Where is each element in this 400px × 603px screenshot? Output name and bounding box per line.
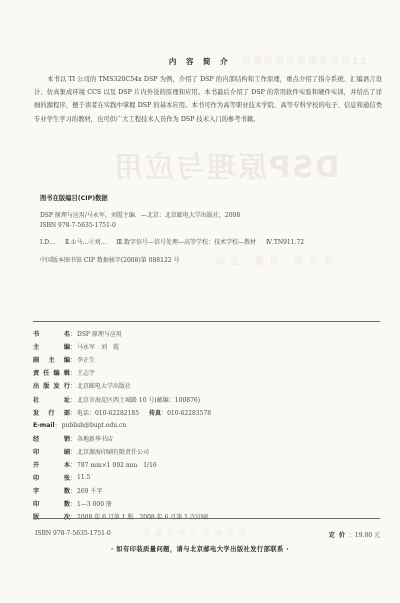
colophon-colon: ： (70, 460, 76, 469)
colophon-value-text: 787 mm×1 092 mm 1/16 (77, 462, 157, 469)
colophon-label-char: 字 (33, 486, 39, 495)
colophon-label: 发行部 (33, 408, 70, 417)
summary-heading: 内 容 简 介 (0, 56, 400, 67)
colophon-label-char: 印 (33, 473, 39, 482)
colophon-row: 字数：269 千字 (33, 484, 383, 497)
colophon-row: 开本：787 mm×1 092 mm 1/16 (33, 458, 383, 471)
colophon-label: 责任编辑 (33, 368, 70, 377)
colophon: 书名：DSP 原理与应用主编：马永军 刘 霞副主编：李正生责任编辑：王志宇出版发… (33, 327, 383, 523)
colophon-value: 王志宇 (77, 368, 95, 377)
colophon-value-text: 北京源海印刷有限责任公司 (77, 449, 149, 456)
colophon-label-char: 编 (54, 368, 60, 377)
colophon-colon: ： (70, 395, 76, 404)
colophon-row: 印张：11.5 (33, 471, 383, 484)
cip-isbn: ISBN 978-7-5635-1751-0 (40, 222, 116, 229)
colophon-value-text: publish@bupt.edu.cn (62, 422, 127, 429)
colophon-label: 主编 (33, 342, 70, 351)
fax-label: 传真 (149, 410, 161, 417)
colophon-value: publish@bupt.edu.cn (62, 422, 127, 429)
colophon-label-char: 副 (33, 355, 39, 364)
bleed-through-publisher: 北京邮电大学出版社 (138, 528, 246, 538)
colophon-label: 副主编 (33, 355, 70, 364)
colophon-colon: ： (70, 329, 76, 338)
colophon-label: 出版发行 (33, 381, 70, 390)
colophon-label: 经销 (33, 434, 70, 443)
colophon-label-char: 发 (33, 408, 39, 417)
colophon-row: 责任编辑：王志宇 (33, 366, 383, 379)
colophon-label-char: 经 (33, 434, 39, 443)
colophon-colon: ： (70, 368, 76, 377)
colophon-label-char: 印 (33, 447, 39, 456)
colophon-label: 字数 (33, 486, 70, 495)
colophon-row: 出版发行：北京邮电大学出版社 (33, 379, 383, 392)
colophon-colon: ： (70, 473, 76, 482)
quality-notice: · 如有印装质量问题，请与北京邮电大学出版社发行部联系 · (0, 544, 400, 553)
colophon-colon: ： (70, 447, 76, 456)
fax: 传真：010-62283578 (149, 408, 211, 417)
summary-body: 本书以 TI 公司的 TMS320C54x DSP 为例，介绍了 DSP 的内部… (34, 76, 382, 123)
price-value: ：19.00 元 (349, 532, 380, 539)
colophon-value: 李正生 (77, 355, 95, 364)
colophon-label-char: 书 (33, 329, 39, 338)
colophon-label-char: 发 (54, 381, 60, 390)
colophon-value: 电话：010-62282185传真：010-62283578 (77, 408, 211, 417)
colophon-value: 马永军 刘 霞 (77, 342, 119, 351)
colophon-label-char: 社 (33, 395, 39, 404)
colophon-row: 印数：1—3 000 册 (33, 497, 383, 510)
colophon-value: 1—3 000 册 (77, 499, 112, 508)
copyright-page: 21世纪高职高专规划教材 DSP原理与应用 马永军 刘霞 主编 北京邮电大学出版… (0, 0, 400, 603)
colophon-row: 版次：2008 年 6 月第 1 版 2008 年 6 月第 1 次印刷 (33, 510, 383, 523)
divider-bottom (33, 518, 380, 519)
colophon-label: 书名 (33, 329, 70, 338)
colophon-label-char: 版 (43, 381, 49, 390)
colophon-colon: ： (70, 355, 76, 364)
colophon-value-text: 马永军 刘 霞 (77, 344, 119, 351)
colophon-row: 社址：北京市海淀区西土城路 10 号(邮编：100876) (33, 392, 383, 405)
colophon-value: 269 千字 (77, 486, 102, 495)
colophon-label: 版次 (33, 512, 70, 521)
colophon-value: DSP 原理与应用 (77, 329, 122, 338)
colophon-row: 发行部：电话：010-62282185传真：010-62283578 (33, 406, 383, 419)
colophon-label: 印张 (33, 473, 70, 482)
colophon-value-text: 北京邮电大学出版社 (77, 383, 131, 390)
cip-classification: Ⅰ.D… Ⅱ.①马…②刘… Ⅲ.数字信号—信号处理—高等学校：技术学校—教材 Ⅳ… (40, 237, 304, 246)
cip-verification: 中国版本图书馆 CIP 数据核字(2008)第 088122 号 (40, 255, 179, 264)
colophon-value-text: 北京市海淀区西土城路 10 号(邮编：100876) (77, 397, 200, 404)
colophon-row: 经销：各地新华书店 (33, 432, 383, 445)
colophon-colon: ： (70, 381, 76, 390)
colophon-row: E-mail：publish@bupt.edu.cn (33, 419, 383, 432)
colophon-value: 11.5 (77, 474, 90, 481)
colophon-value-text: 269 千字 (77, 488, 102, 495)
colophon-value: 787 mm×1 092 mm 1/16 (77, 460, 157, 469)
colophon-value: 2008 年 6 月第 1 版 2008 年 6 月第 1 次印刷 (77, 512, 208, 521)
colophon-value-text: 李正生 (77, 357, 95, 364)
cip-title: 图书在版编目(CIP)数据 (40, 193, 108, 202)
colophon-value-text: 电话：010-62282185 (77, 410, 139, 417)
cip-class-1: Ⅰ.D… (40, 239, 55, 246)
cip-class-4: Ⅳ.TN911.72 (266, 239, 304, 246)
price: 定价：19.00 元 (329, 530, 380, 539)
colophon-label: E-mail (33, 422, 55, 429)
price-label: 定价 (329, 532, 349, 539)
colophon-label-char: 版 (33, 512, 39, 521)
cip-record: DSP 原理与应用/马永军，刘霞主编．—北京：北京邮电大学出版社，2008 (40, 210, 240, 219)
colophon-row: 主编：马永军 刘 霞 (33, 340, 383, 353)
footer-isbn: ISBN 978-7-5635-1751-0 (35, 530, 111, 537)
colophon-label: 开本 (33, 460, 70, 469)
colophon-label-char: 印 (33, 499, 39, 508)
colophon-colon: ： (70, 499, 76, 508)
colophon-label-char: 主 (48, 355, 54, 364)
colophon-colon: ： (70, 486, 76, 495)
colophon-value-text: 11.5 (77, 474, 90, 481)
cip-class-3: Ⅲ.数字信号—信号处理—高等学校：技术学校—教材 (116, 239, 256, 246)
colophon-value: 北京市海淀区西土城路 10 号(邮编：100876) (77, 395, 200, 404)
colophon-label-char: 出 (33, 381, 39, 390)
colophon-value: 北京源海印刷有限责任公司 (77, 447, 149, 456)
cip-class-2: Ⅱ.①马…②刘… (65, 239, 106, 246)
colophon-colon: ： (55, 421, 61, 430)
fax-value: ：010-62283578 (161, 410, 211, 417)
bleed-through-title: DSP原理与应用 (112, 145, 339, 186)
colophon-label-char: 行 (48, 408, 54, 417)
colophon-label-char: 开 (33, 460, 39, 469)
colophon-label-char: 任 (43, 368, 49, 377)
bleed-through-editors: 马永军 刘霞 主编 (210, 254, 333, 267)
colophon-colon: ： (70, 512, 76, 521)
colophon-value-text: DSP 原理与应用 (77, 331, 122, 338)
colophon-label: 社址 (33, 395, 70, 404)
colophon-colon: ： (70, 342, 76, 351)
colophon-label: 印刷 (33, 447, 70, 456)
colophon-value: 各地新华书店 (77, 434, 113, 443)
colophon-colon: ： (70, 408, 76, 417)
colophon-row: 书名：DSP 原理与应用 (33, 327, 383, 340)
colophon-row: 印刷：北京源海印刷有限责任公司 (33, 445, 383, 458)
colophon-value-text: 各地新华书店 (77, 436, 113, 443)
colophon-row: 副主编：李正生 (33, 353, 383, 366)
colophon-label-char: 主 (33, 342, 39, 351)
colophon-value-text: 王志宇 (77, 370, 95, 377)
colophon-label: 印数 (33, 499, 70, 508)
summary-text: 本书以 TI 公司的 TMS320C54x DSP 为例，介绍了 DSP 的内部… (34, 73, 382, 126)
colophon-label-text: E-mail (33, 422, 55, 429)
colophon-colon: ： (70, 434, 76, 443)
colophon-value-text: 1—3 000 册 (77, 501, 112, 508)
divider-top (33, 321, 380, 322)
colophon-value: 北京邮电大学出版社 (77, 381, 131, 390)
colophon-label-char: 责 (33, 368, 39, 377)
